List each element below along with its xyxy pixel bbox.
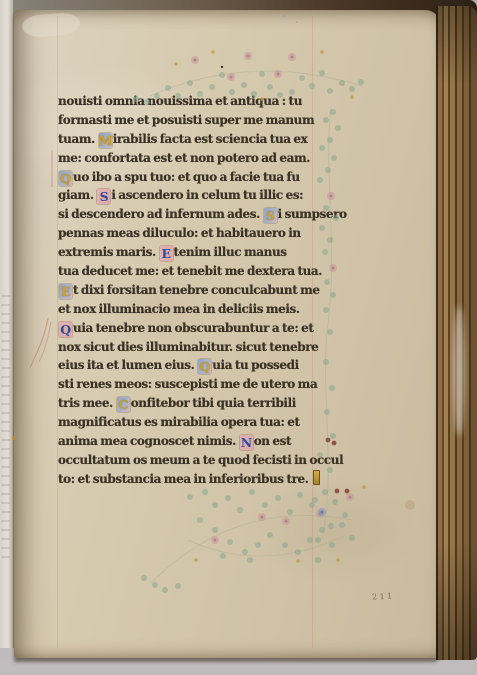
manuscript-text: uo ibo a spu tuo: et quo a facie tua fu: [73, 170, 300, 184]
illuminated-initial: C: [117, 397, 130, 412]
manuscript-line: to: et substancia mea in inferioribus tr…: [58, 470, 316, 489]
manuscript-text: uia tenebre non obscurabuntur a te: et: [73, 321, 314, 335]
illuminated-initial: E: [160, 246, 173, 261]
manuscript-line: formasti me et posuisti super me manum: [58, 111, 316, 130]
illuminated-initial: E: [59, 284, 72, 299]
manuscript-line: me: confortata est et non potero ad eam.: [58, 149, 316, 168]
manuscript-text: on est: [254, 434, 291, 448]
facing-page-showthrough: [1, 295, 10, 565]
manuscript-line: eius ita et lumen eius. Quia tu possedi: [58, 356, 316, 375]
illuminated-initial: S: [264, 208, 277, 223]
manuscript-text: tenim illuc manus: [174, 245, 287, 259]
manuscript-text: eius ita et lumen eius.: [58, 358, 197, 372]
illuminated-initial: Q: [59, 171, 72, 186]
manuscript-line: tuam. Mirabilis facta est sciencia tua e…: [58, 130, 316, 149]
page-corner-fold: [21, 12, 80, 38]
manuscript-text: i ascendero in celum tu illic es:: [111, 188, 303, 202]
illuminated-initial: Q: [59, 322, 72, 337]
manuscript-text: to: et substancia mea in inferioribus tr…: [58, 472, 309, 486]
manuscript-line: giam. Si ascendero in celum tu illic es:: [58, 186, 316, 205]
manuscript-text: giam.: [58, 188, 96, 202]
manuscript-text: si descendero ad infernum ades.: [58, 207, 263, 221]
manuscript-text: onfitebor tibi quia terribili: [131, 396, 296, 410]
folio-number: 211: [372, 591, 395, 601]
manuscript-line: magnificatus es mirabilia opera tua: et: [58, 413, 316, 432]
illuminated-initial: N: [240, 435, 253, 450]
text-block: nouisti omnia nouissima et antiqua : tuf…: [58, 92, 316, 489]
book-fore-edge: [436, 6, 477, 660]
illuminated-initial: S: [97, 189, 110, 204]
manuscript-text: formasti me et posuisti super me manum: [58, 113, 314, 127]
manuscript-text: pennas meas diluculo: et habitauero in: [58, 226, 301, 240]
manuscript-text: tris mee.: [58, 396, 116, 410]
manuscript-text: uia tu possedi: [212, 358, 299, 372]
manuscript-text: sti renes meos: suscepisti me de utero m…: [58, 377, 317, 391]
manuscript-line: pennas meas diluculo: et habitauero in: [58, 224, 316, 243]
manuscript-line: si descendero ad infernum ades. Si sumps…: [58, 205, 316, 224]
manuscript-text: extremis maris.: [58, 245, 159, 259]
manuscript-text: anima mea cognoscet nimis.: [58, 434, 239, 448]
manuscript-text: i sumpsero: [278, 207, 347, 221]
manuscript-line: nox sicut dies illuminabitur. sicut tene…: [58, 338, 316, 357]
manuscript-text: nouisti omnia nouissima et antiqua : tu: [58, 94, 302, 108]
manuscript-line: Et dixi forsitan tenebre conculcabunt me: [58, 281, 316, 300]
fore-edge-glare: [453, 306, 465, 436]
manuscript-text: tua deducet me: et tenebit me dextera tu…: [58, 264, 322, 278]
manuscript-line: et nox illuminacio mea in deliciis meis.: [58, 300, 316, 319]
manuscript-text: t dixi forsitan tenebre conculcabunt me: [73, 283, 320, 297]
manuscript-line: Quia tenebre non obscurabuntur a te: et: [58, 319, 316, 338]
manuscript-text: nox sicut dies illuminabitur. sicut tene…: [58, 340, 318, 354]
manuscript-text: me: confortata est et non potero ad eam.: [58, 151, 310, 165]
manuscript-line: occultatum os meum a te quod fecisti in …: [58, 451, 316, 470]
manuscript-text: tuam.: [58, 132, 98, 146]
manuscript-line: Quo ibo a spu tuo: et quo a facie tua fu: [58, 168, 316, 187]
manuscript-line: tua deducet me: et tenebit me dextera tu…: [58, 262, 316, 281]
manuscript-text: irabilis facta est sciencia tua ex: [113, 132, 308, 146]
manuscript-photo: nouisti omnia nouissima et antiqua : tuf…: [0, 0, 477, 675]
facing-page-edge: [0, 0, 14, 648]
manuscript-line: nouisti omnia nouissima et antiqua : tu: [58, 92, 316, 111]
gold-line-filler-icon: [313, 470, 320, 485]
manuscript-text: et nox illuminacio mea in deliciis meis.: [58, 302, 300, 316]
manuscript-line: anima mea cognoscet nimis. Non est: [58, 432, 316, 451]
manuscript-line: extremis maris. Etenim illuc manus: [58, 243, 316, 262]
manuscript-line: sti renes meos: suscepisti me de utero m…: [58, 375, 316, 394]
manuscript-text: magnificatus es mirabilia opera tua: et: [58, 415, 300, 429]
illuminated-initial: Q: [198, 359, 211, 374]
manuscript-line: tris mee. Confitebor tibi quia terribili: [58, 394, 316, 413]
manuscript-text: occultatum os meum a te quod fecisti in …: [58, 453, 343, 467]
illuminated-initial: M: [99, 133, 112, 148]
